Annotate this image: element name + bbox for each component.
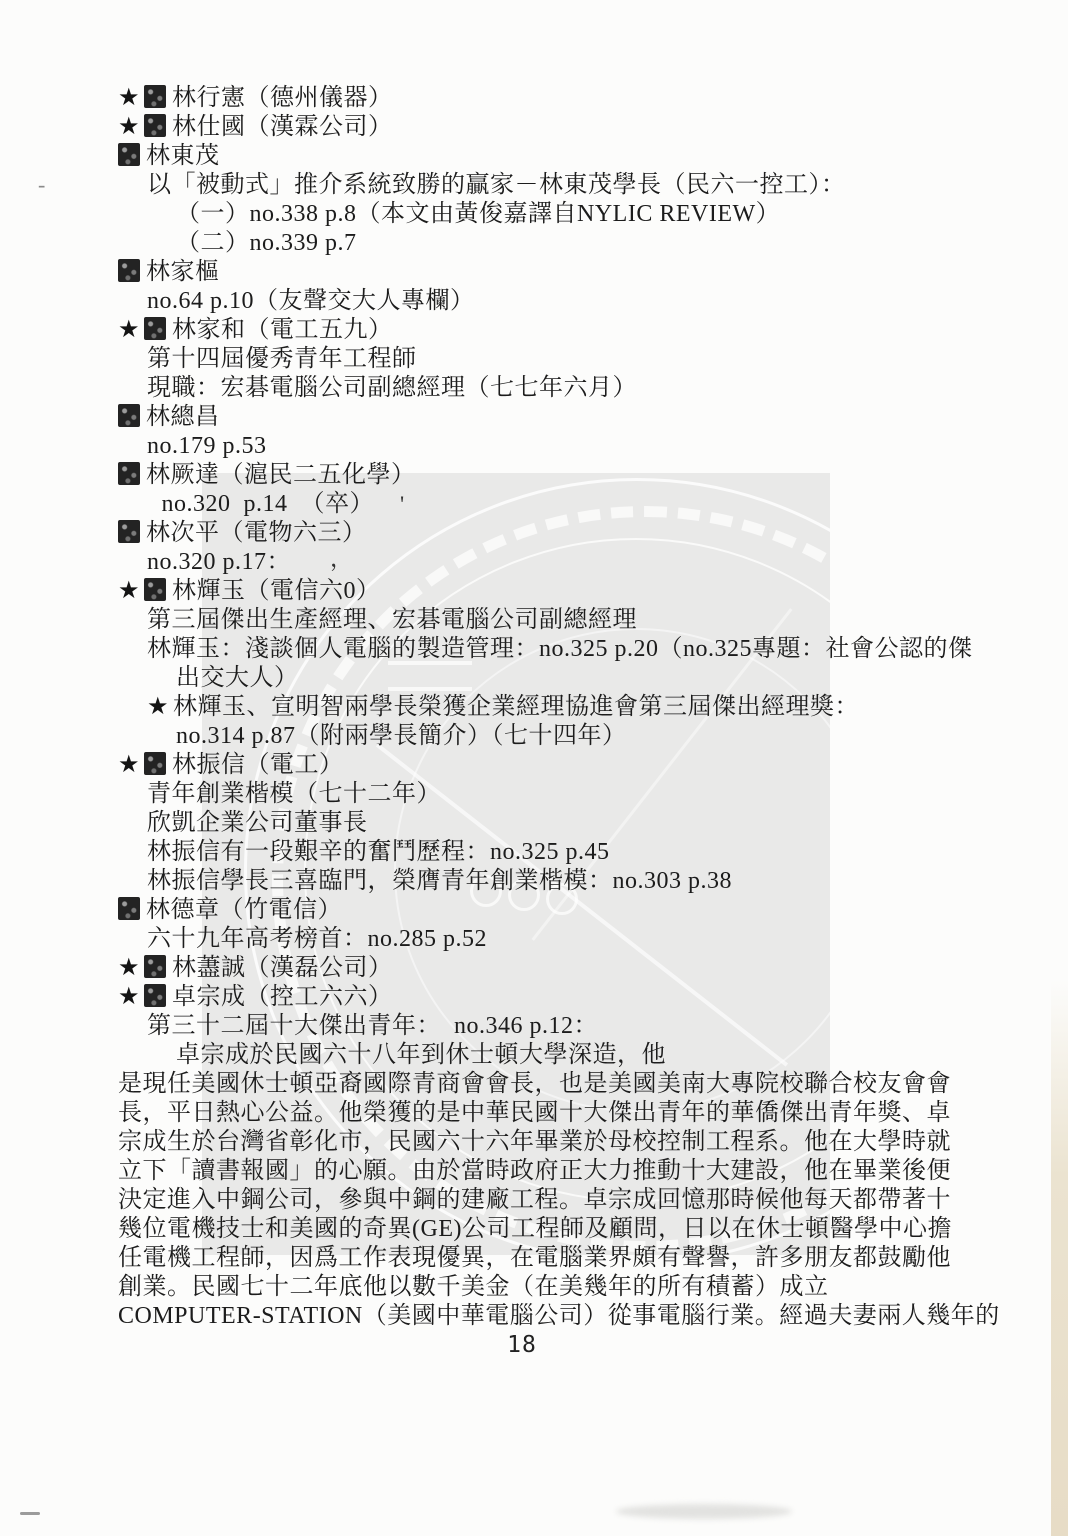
document-line: 創業。民國七十二年底他以數千美金（在美幾年的所有積蓄）成立 bbox=[0, 1273, 1068, 1302]
line-text: 第三屆傑出生產經理、宏碁電腦公司副總經理 bbox=[147, 607, 637, 633]
line-text: 林輝玉（電信六0） bbox=[172, 578, 381, 604]
document-line: ★林輝玉（電信六0） bbox=[0, 577, 1068, 606]
line-text: 創業。民國七十二年底他以數千美金（在美幾年的所有積蓄）成立 bbox=[118, 1274, 829, 1300]
document-line: 欣凱企業公司董事長 bbox=[0, 809, 1068, 838]
star-icon: ★ bbox=[118, 984, 140, 1010]
document-line: ★林家和（電工五九） bbox=[0, 316, 1068, 345]
line-text: 幾位電機技士和美國的奇異(GE)公司工程師及顧問，日以在休士頓醫學中心擔 bbox=[118, 1216, 952, 1242]
scan-artifact-bottom-smudge bbox=[616, 1504, 792, 1519]
line-text: 林家樞 bbox=[146, 259, 220, 285]
scan-artifact-bottom-dash bbox=[20, 1512, 40, 1515]
document-line: 林振信有一段艱辛的奮鬥歷程：no.325 p.45 bbox=[0, 838, 1068, 867]
line-text: 宗成生於台灣省彰化市，民國六十六年畢業於母校控制工程系。他在大學時就 bbox=[118, 1129, 951, 1155]
stamp-icon bbox=[118, 897, 140, 920]
document-line: COMPUTER-STATION（美國中華電腦公司）從事電腦行業。經過夫妻兩人幾… bbox=[0, 1302, 1068, 1331]
line-text: 林仕國（漢霖公司） bbox=[172, 114, 393, 140]
document-line: 決定進入中鋼公司，參與中鋼的建廠工程。卓宗成回憶那時候他每天都帶著十 bbox=[0, 1186, 1068, 1215]
document-line: （一）no.338 p.8（本文由黃俊嘉譯自NYLIC REVIEW） bbox=[0, 200, 1068, 229]
stamp-icon bbox=[144, 85, 166, 108]
scan-artifact-apostrophe: ' bbox=[400, 492, 404, 518]
document-line: 宗成生於台灣省彰化市，民國六十六年畢業於母校控制工程系。他在大學時就 bbox=[0, 1128, 1068, 1157]
line-text: 林振信學長三喜臨門，榮膺青年創業楷模：no.303 p.38 bbox=[147, 868, 732, 894]
document-line: （二）no.339 p.7 bbox=[0, 229, 1068, 258]
document-line: 青年創業楷模（七十二年） bbox=[0, 780, 1068, 809]
document-line: 幾位電機技士和美國的奇異(GE)公司工程師及顧問，日以在休士頓醫學中心擔 bbox=[0, 1215, 1068, 1244]
document-line: 卓宗成於民國六十八年到休士頓大學深造，他 bbox=[0, 1041, 1068, 1070]
scan-artifact-edge-band bbox=[1051, 980, 1068, 1536]
document-line: 現職：宏碁電腦公司副總經理（七七年六月） bbox=[0, 374, 1068, 403]
line-text: 卓宗成（控工六六） bbox=[172, 984, 393, 1010]
stamp-icon bbox=[144, 578, 166, 601]
line-text: 林德章（竹電信） bbox=[146, 897, 342, 923]
line-text: 出交大人） bbox=[176, 665, 299, 691]
document-line: ★林振信（電工） bbox=[0, 751, 1068, 780]
document-line: 林次平（電物六三） bbox=[0, 519, 1068, 548]
line-text: 青年創業楷模（七十二年） bbox=[147, 781, 441, 807]
line-text: 第三十二屆十大傑出青年： no.346 p.12： bbox=[147, 1013, 598, 1039]
document-line: 林厥達（滬民二五化學） bbox=[0, 461, 1068, 490]
line-text: 林東茂 bbox=[146, 143, 220, 169]
line-text: no.179 p.53 bbox=[147, 433, 267, 459]
star-icon: ★ bbox=[118, 85, 140, 111]
document-line: 第十四屆優秀青年工程師 bbox=[0, 345, 1068, 374]
scan-artifact-margin-dash: - bbox=[38, 172, 45, 198]
star-icon: ★ bbox=[118, 955, 140, 981]
line-text: 以「被動式」推介系統致勝的贏家－林東茂學長（民六一控工）： bbox=[147, 172, 846, 198]
line-text: no.64 p.10（友聲交大人專欄） bbox=[147, 288, 475, 314]
line-text: （二）no.339 p.7 bbox=[176, 230, 357, 256]
line-text: 林輝玉：淺談個人電腦的製造管理：no.325 p.20（no.325專題：社會公… bbox=[147, 636, 973, 662]
line-text: 林振信有一段艱辛的奮鬥歷程：no.325 p.45 bbox=[147, 839, 610, 865]
line-text: 林行憲（德州儀器） bbox=[172, 85, 393, 111]
document-line: ★卓宗成（控工六六） bbox=[0, 983, 1068, 1012]
document-line: 林德章（竹電信） bbox=[0, 896, 1068, 925]
stamp-icon bbox=[144, 752, 166, 775]
document-line: 任電機工程師，因爲工作表現優異，在電腦業界頗有聲譽，許多朋友都鼓勵他 bbox=[0, 1244, 1068, 1273]
stamp-icon bbox=[144, 317, 166, 340]
stamp-icon bbox=[144, 114, 166, 137]
document-line: 林振信學長三喜臨門，榮膺青年創業楷模：no.303 p.38 bbox=[0, 867, 1068, 896]
star-icon: ★ bbox=[118, 752, 140, 778]
stamp-icon bbox=[144, 955, 166, 978]
document-line: 六十九年高考榜首：no.285 p.52 bbox=[0, 925, 1068, 954]
line-text: 是現任美國休士頓亞裔國際青商會會長，也是美國美南大專院校聯合校友會會 bbox=[118, 1071, 951, 1097]
document-line: no.64 p.10（友聲交大人專欄） bbox=[0, 287, 1068, 316]
line-text: 林藎誠（漢磊公司） bbox=[172, 955, 393, 981]
page-number: 18 bbox=[0, 1332, 1044, 1358]
document-line: 第三屆傑出生產經理、宏碁電腦公司副總經理 bbox=[0, 606, 1068, 635]
star-icon: ★ bbox=[118, 578, 140, 604]
star-icon: ★ bbox=[118, 317, 140, 343]
stamp-icon bbox=[118, 462, 140, 485]
line-text: 卓宗成於民國六十八年到休士頓大學深造，他 bbox=[176, 1042, 666, 1068]
line-text: 林厥達（滬民二五化學） bbox=[146, 462, 416, 488]
document-line: ★林仕國（漢霖公司） bbox=[0, 113, 1068, 142]
line-text: no.314 p.87（附兩學長簡介）（七十四年） bbox=[176, 723, 627, 749]
stamp-icon bbox=[118, 404, 140, 427]
line-text: COMPUTER-STATION（美國中華電腦公司）從事電腦行業。經過夫妻兩人幾… bbox=[118, 1303, 1000, 1329]
document-line: ★林行憲（德州儀器） bbox=[0, 84, 1068, 113]
line-text: no.320 p.17： bbox=[147, 549, 291, 575]
document-line: ★林輝玉、宣明智兩學長榮獲企業經理協進會第三屆傑出經理獎： bbox=[0, 693, 1068, 722]
scan-artifact-comma: ， bbox=[330, 540, 353, 573]
stamp-icon bbox=[118, 520, 140, 543]
line-text: 第十四屆優秀青年工程師 bbox=[147, 346, 417, 372]
stamp-icon bbox=[118, 143, 140, 166]
document-line: 長，平日熱心公益。他榮獲的是中華民國十大傑出青年的華僑傑出青年獎、卓 bbox=[0, 1099, 1068, 1128]
document-line: no.314 p.87（附兩學長簡介）（七十四年） bbox=[0, 722, 1068, 751]
document-line: 林東茂 bbox=[0, 142, 1068, 171]
line-text: 林總昌 bbox=[146, 404, 220, 430]
stamp-icon bbox=[118, 259, 140, 282]
line-text: 長，平日熱心公益。他榮獲的是中華民國十大傑出青年的華僑傑出青年獎、卓 bbox=[118, 1100, 951, 1126]
document-line: no.320 p.17： bbox=[0, 548, 1068, 577]
document-line: 第三十二屆十大傑出青年： no.346 p.12： bbox=[0, 1012, 1068, 1041]
line-text: 林輝玉、宣明智兩學長榮獲企業經理協進會第三屆傑出經理獎： bbox=[173, 694, 859, 720]
document-line: no.179 p.53 bbox=[0, 432, 1068, 461]
line-text: 決定進入中鋼公司，參與中鋼的建廠工程。卓宗成回憶那時候他每天都帶著十 bbox=[118, 1187, 951, 1213]
document-line: 以「被動式」推介系統致勝的贏家－林東茂學長（民六一控工）： bbox=[0, 171, 1068, 200]
line-text: 現職：宏碁電腦公司副總經理（七七年六月） bbox=[147, 375, 637, 401]
document-line: 林總昌 bbox=[0, 403, 1068, 432]
document-line: 林輝玉：淺談個人電腦的製造管理：no.325 p.20（no.325專題：社會公… bbox=[0, 635, 1068, 664]
line-text: no.320 p.14 （卒） bbox=[162, 491, 375, 517]
star-icon: ★ bbox=[118, 114, 140, 140]
document-page: ★林行憲（德州儀器）★林仕國（漢霖公司）林東茂以「被動式」推介系統致勝的贏家－林… bbox=[0, 0, 1068, 1536]
line-text: 六十九年高考榜首：no.285 p.52 bbox=[147, 926, 487, 952]
document-lines: ★林行憲（德州儀器）★林仕國（漢霖公司）林東茂以「被動式」推介系統致勝的贏家－林… bbox=[0, 84, 1068, 1331]
document-line: 出交大人） bbox=[0, 664, 1068, 693]
line-text: 林振信（電工） bbox=[172, 752, 344, 778]
document-line: 立下「讀書報國」的心願。由於當時政府正大力推動十大建設，他在畢業後便 bbox=[0, 1157, 1068, 1186]
line-text: 任電機工程師，因爲工作表現優異，在電腦業界頗有聲譽，許多朋友都鼓勵他 bbox=[118, 1245, 951, 1271]
stamp-icon bbox=[144, 984, 166, 1007]
line-text: 林家和（電工五九） bbox=[172, 317, 393, 343]
line-text: 立下「讀書報國」的心願。由於當時政府正大力推動十大建設，他在畢業後便 bbox=[118, 1158, 951, 1184]
document-line: 是現任美國休士頓亞裔國際青商會會長，也是美國美南大專院校聯合校友會會 bbox=[0, 1070, 1068, 1099]
document-line: ★林藎誠（漢磊公司） bbox=[0, 954, 1068, 983]
document-line: 林家樞 bbox=[0, 258, 1068, 287]
star-icon: ★ bbox=[147, 694, 169, 720]
document-line: no.320 p.14 （卒） bbox=[0, 490, 1068, 519]
line-text: 欣凱企業公司董事長 bbox=[147, 810, 368, 836]
line-text: （一）no.338 p.8（本文由黃俊嘉譯自NYLIC REVIEW） bbox=[176, 201, 780, 227]
